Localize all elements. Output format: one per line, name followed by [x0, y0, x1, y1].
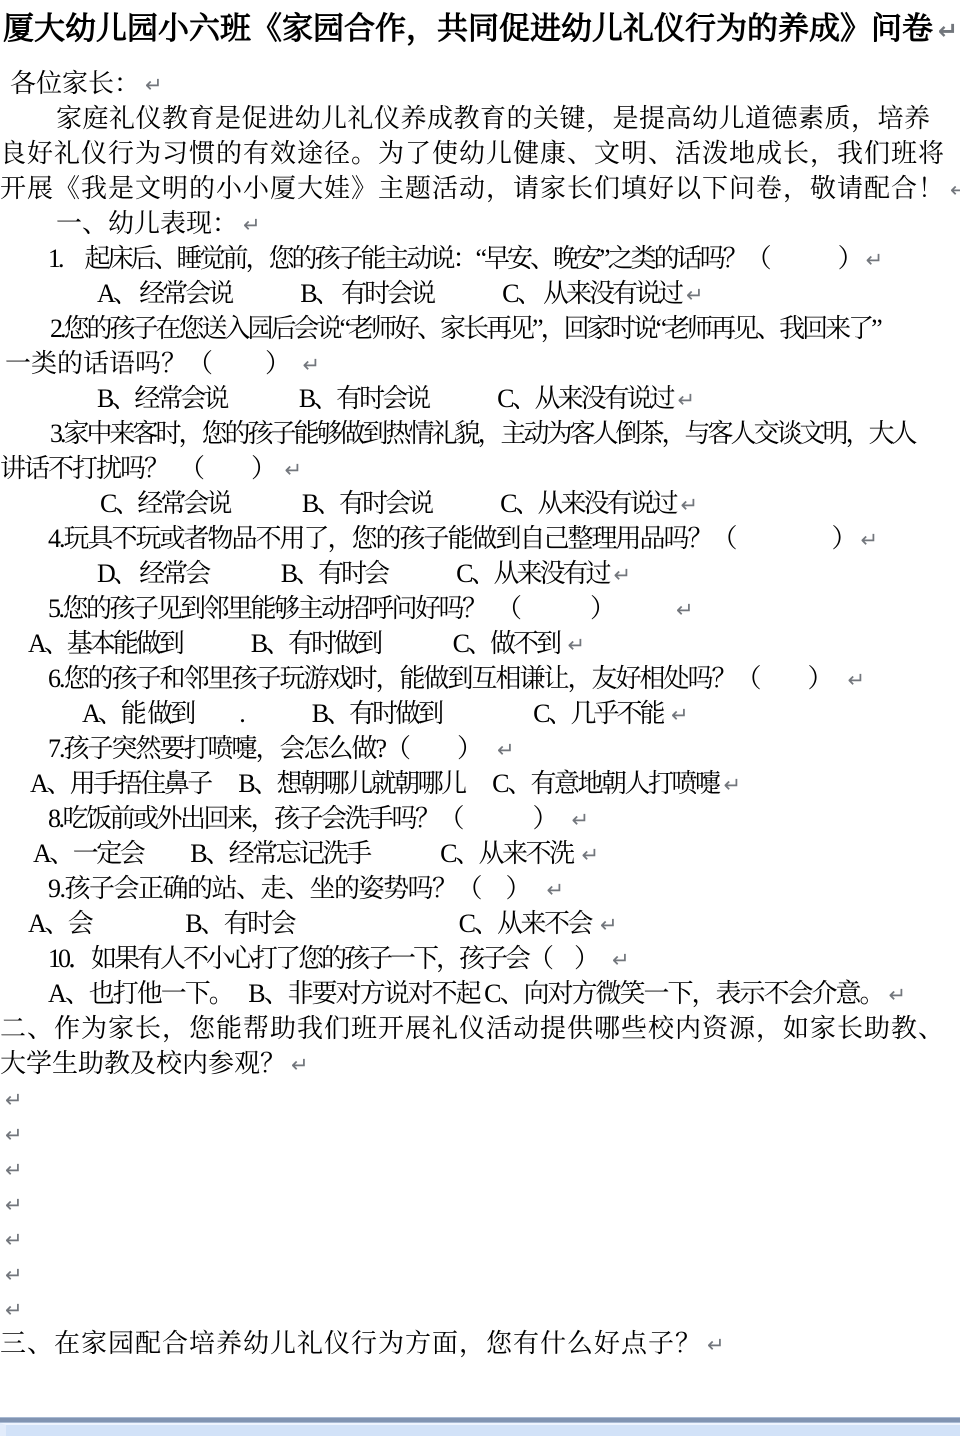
paragraph-mark-icon: ↵: [567, 633, 585, 657]
question-5: 5.您的孩子见到邻里能够主动招呼问好吗？ （ ） ↵: [0, 591, 960, 626]
line-text: 3.家中来客时，您的孩子能够做到热情礼貌，主动为客人倒茶，与客人交谈文明，大人: [50, 419, 915, 448]
paragraph-mark-icon: ↵: [678, 388, 696, 412]
question-8: 8.吃饭前或外出回来，孩子会洗手吗？（ ） ↵: [0, 801, 960, 836]
paragraph-mark-icon: ↵: [5, 1193, 23, 1217]
paragraph-mark-icon: ↵: [686, 283, 704, 307]
document-title: 厦大幼儿园小六班《家园合作，共同促进幼儿礼仪行为的养成》问卷↵: [0, 6, 960, 54]
line-text: A、也打他一下。 B、非要对方说对不起 C、向对方微笑一下，表示不会介意。: [48, 979, 883, 1008]
paragraph-mark-icon: ↵: [600, 913, 618, 937]
question-6: 6.您的孩子和邻里孩子玩游戏时，能做到互相谦让，友好相处吗？（ ） ↵: [0, 661, 960, 696]
paragraph-mark-icon: ↵: [5, 1123, 23, 1147]
question-3-line-1: 3.家中来客时，您的孩子能够做到热情礼貌，主动为客人倒茶，与客人交谈文明，大人: [0, 416, 960, 451]
empty-line: ↵: [0, 1116, 960, 1151]
line-text: 良好礼仪行为习惯的有效途径。为了使幼儿健康、文明、活泼地成长，我们班将: [0, 139, 945, 168]
line-text: 厦大幼儿园小六班《家园合作，共同促进幼儿礼仪行为的养成》问卷: [3, 11, 933, 46]
question-4-options: D、 经常会 B、有时会 C、从来没有过↵: [0, 556, 960, 591]
question-2-options: B、经常会说 B、有时会说 C、从来没有说过↵: [0, 381, 960, 416]
line-text: 2.您的孩子在您送入园后会说“老师好、家长再见”，回家时说“老师再见、我回来了”: [50, 314, 880, 343]
empty-line: ↵: [0, 1256, 960, 1291]
paragraph-mark-icon: ↵: [5, 1263, 23, 1287]
paragraph-mark-icon: ↵: [707, 1333, 725, 1357]
line-text: B、经常会说 B、有时会说 C、从来没有说过: [97, 384, 673, 413]
section2-line-1: 二、作为家长，您能帮助我们班开展礼仪活动提供哪些校内资源，如家长助教、: [0, 1011, 960, 1046]
question-2-line-1: 2.您的孩子在您送入园后会说“老师好、家长再见”，回家时说“老师再见、我回来了”: [0, 311, 960, 346]
question-3-options: C、经常会说 B、有时会说 C、从来没有说过↵: [0, 486, 960, 521]
horizontal-scrollbar[interactable]: [0, 1423, 960, 1436]
paragraph-mark-icon: ↵: [581, 843, 599, 867]
paragraph-mark-icon: ↵: [723, 773, 741, 797]
question-6-options: A、能 做到 . B、有时做到 C、几乎不能 ↵: [0, 696, 960, 731]
line-text: 4.玩具不玩或者物品不用了，您的孩子能做到自己整理用品吗？（ ）: [48, 524, 856, 553]
paragraph-mark-icon: ↵: [497, 738, 515, 762]
paragraph-mark-icon: ↵: [243, 213, 261, 237]
paragraph-mark-icon: ↵: [950, 178, 960, 202]
line-text: 家庭礼仪教育是促进幼儿礼仪养成教育的关键，是提高幼儿道德素质，培养: [56, 104, 931, 133]
line-text: 6.您的孩子和邻里孩子玩游戏时，能做到互相谦让，友好相处吗？（ ）: [48, 664, 843, 693]
question-9-options: A、会 B、有时会 C、从来不会 ↵: [0, 906, 960, 941]
paragraph-mark-icon: ↵: [145, 73, 163, 97]
paragraph-mark-icon: ↵: [612, 948, 630, 972]
paragraph-mark-icon: ↵: [5, 1298, 23, 1322]
line-text: A、会 B、有时会 C、从来不会: [28, 909, 595, 938]
intro-line-2: 良好礼仪行为习惯的有效途径。为了使幼儿健康、文明、活泼地成长，我们班将: [0, 136, 960, 171]
line-text: 10．如果有人不小心打了您的孩子一下，孩子会（ ）: [48, 944, 607, 973]
question-1: 1. 起床后、睡觉前，您的孩子能主动说：“早安、晚安”之类的话吗？（ ）↵: [0, 241, 960, 276]
line-text: A、基本能做到 B、有时做到 C、做不到: [28, 629, 562, 658]
section1-heading: 一、幼儿表现：↵: [0, 206, 960, 241]
empty-line: ↵: [0, 1221, 960, 1256]
line-text: A、能 做到 . B、有时做到 C、几乎不能: [82, 699, 666, 728]
line-text: 1. 起床后、睡觉前，您的孩子能主动说：“早安、晚安”之类的话吗？（ ）: [48, 244, 861, 273]
paragraph-mark-icon: ↵: [848, 668, 866, 692]
paragraph-mark-icon: ↵: [291, 1053, 309, 1077]
question-7: 7.孩子突然要打喷嚏，会怎么做?（ ） ↵: [0, 731, 960, 766]
line-text: A、用手捂住鼻子 B、想朝哪儿就朝哪儿 C、有意地朝人打喷嚏: [30, 769, 718, 798]
paragraph-mark-icon: ↵: [572, 808, 590, 832]
paragraph-mark-icon: ↵: [5, 1088, 23, 1112]
intro-line-1: 家庭礼仪教育是促进幼儿礼仪养成教育的关键，是提高幼儿道德素质，培养: [0, 101, 960, 136]
paragraph-mark-icon: ↵: [938, 17, 958, 45]
question-4: 4.玩具不玩或者物品不用了，您的孩子能做到自己整理用品吗？（ ）↵: [0, 521, 960, 556]
question-10-options: A、也打他一下。 B、非要对方说对不起 C、向对方微笑一下，表示不会介意。↵: [0, 976, 960, 1011]
line-text: A、一定会 B、经常忘记洗手 C、从来不洗: [33, 839, 576, 868]
question-5-options: A、基本能做到 B、有时做到 C、做不到 ↵: [0, 626, 960, 661]
line-text: C、经常会说 B、有时会说 C、从来没有说过: [100, 489, 676, 518]
question-9: 9.孩子会正确的站、走、坐的姿势吗？（ ） ↵: [0, 871, 960, 906]
line-text: 二、作为家长，您能帮助我们班开展礼仪活动提供哪些校内资源，如家长助教、: [0, 1014, 945, 1043]
empty-line: ↵: [0, 1291, 960, 1326]
document-content[interactable]: 厦大幼儿园小六班《家园合作，共同促进幼儿礼仪行为的养成》问卷↵各位家长：↵家庭礼…: [0, 6, 960, 1361]
paragraph-mark-icon: ↵: [5, 1158, 23, 1182]
line-text: 一、幼儿表现：: [56, 209, 238, 238]
question-10: 10．如果有人不小心打了您的孩子一下，孩子会（ ） ↵: [0, 941, 960, 976]
intro-line-3: 开展《我是文明的小小厦大娃》主题活动，请家长们填好以下问卷，敬请配合！↵: [0, 171, 960, 206]
paragraph-mark-icon: ↵: [613, 563, 631, 587]
line-text: 大学生助教及校内参观？: [0, 1049, 286, 1078]
line-text: D、 经常会 B、有时会 C、从来没有过: [97, 559, 608, 588]
line-text: A、 经常会说 B、 有时会说 C、 从来没有说过: [97, 279, 681, 308]
paragraph-mark-icon: ↵: [861, 528, 879, 552]
question-8-options: A、一定会 B、经常忘记洗手 C、从来不洗 ↵: [0, 836, 960, 871]
line-text: 各位家长：: [10, 69, 140, 98]
paragraph-mark-icon: ↵: [671, 703, 689, 727]
paragraph-mark-icon: ↵: [547, 878, 565, 902]
paragraph-mark-icon: ↵: [676, 598, 694, 622]
paragraph-mark-icon: ↵: [5, 1228, 23, 1252]
question-2-line-2: 一类的话语吗？（ ） ↵: [0, 346, 960, 381]
question-7-options: A、用手捂住鼻子 B、想朝哪儿就朝哪儿 C、有意地朝人打喷嚏↵: [0, 766, 960, 801]
line-text: 7.孩子突然要打喷嚏，会怎么做?（ ）: [48, 734, 492, 763]
line-text: 5.您的孩子见到邻里能够主动招呼问好吗？ （ ）: [48, 594, 671, 623]
paragraph-mark-icon: ↵: [888, 983, 906, 1007]
section3-heading: 三、在家园配合培养幼儿礼仪行为方面，您有什么好点子？↵: [0, 1326, 960, 1361]
document-page: 厦大幼儿园小六班《家园合作，共同促进幼儿礼仪行为的养成》问卷↵各位家长：↵家庭礼…: [0, 0, 960, 1436]
line-text: 讲话不打扰吗？ （ ）: [0, 454, 280, 483]
paragraph-mark-icon: ↵: [681, 493, 699, 517]
paragraph-mark-icon: ↵: [285, 458, 303, 482]
line-text: 8.吃饭前或外出回来，孩子会洗手吗？（ ）: [48, 804, 567, 833]
line-text: 开展《我是文明的小小厦大娃》主题活动，请家长们填好以下问卷，敬请配合！: [0, 174, 945, 203]
question-1-options: A、 经常会说 B、 有时会说 C、 从来没有说过↵: [0, 276, 960, 311]
empty-line: ↵: [0, 1186, 960, 1221]
salutation: 各位家长：↵: [0, 66, 960, 101]
paragraph-mark-icon: ↵: [866, 248, 884, 272]
question-3-line-2: 讲话不打扰吗？ （ ） ↵: [0, 451, 960, 486]
empty-line: ↵: [0, 1151, 960, 1186]
section2-line-2: 大学生助教及校内参观？↵: [0, 1046, 960, 1081]
paragraph-mark-icon: ↵: [303, 353, 321, 377]
line-text: 9.孩子会正确的站、走、坐的姿势吗？（ ）: [48, 874, 542, 903]
line-text: 三、在家园配合培养幼儿礼仪行为方面，您有什么好点子？: [0, 1329, 702, 1358]
empty-line: ↵: [0, 1081, 960, 1116]
line-text: 一类的话语吗？（ ）: [5, 349, 298, 378]
